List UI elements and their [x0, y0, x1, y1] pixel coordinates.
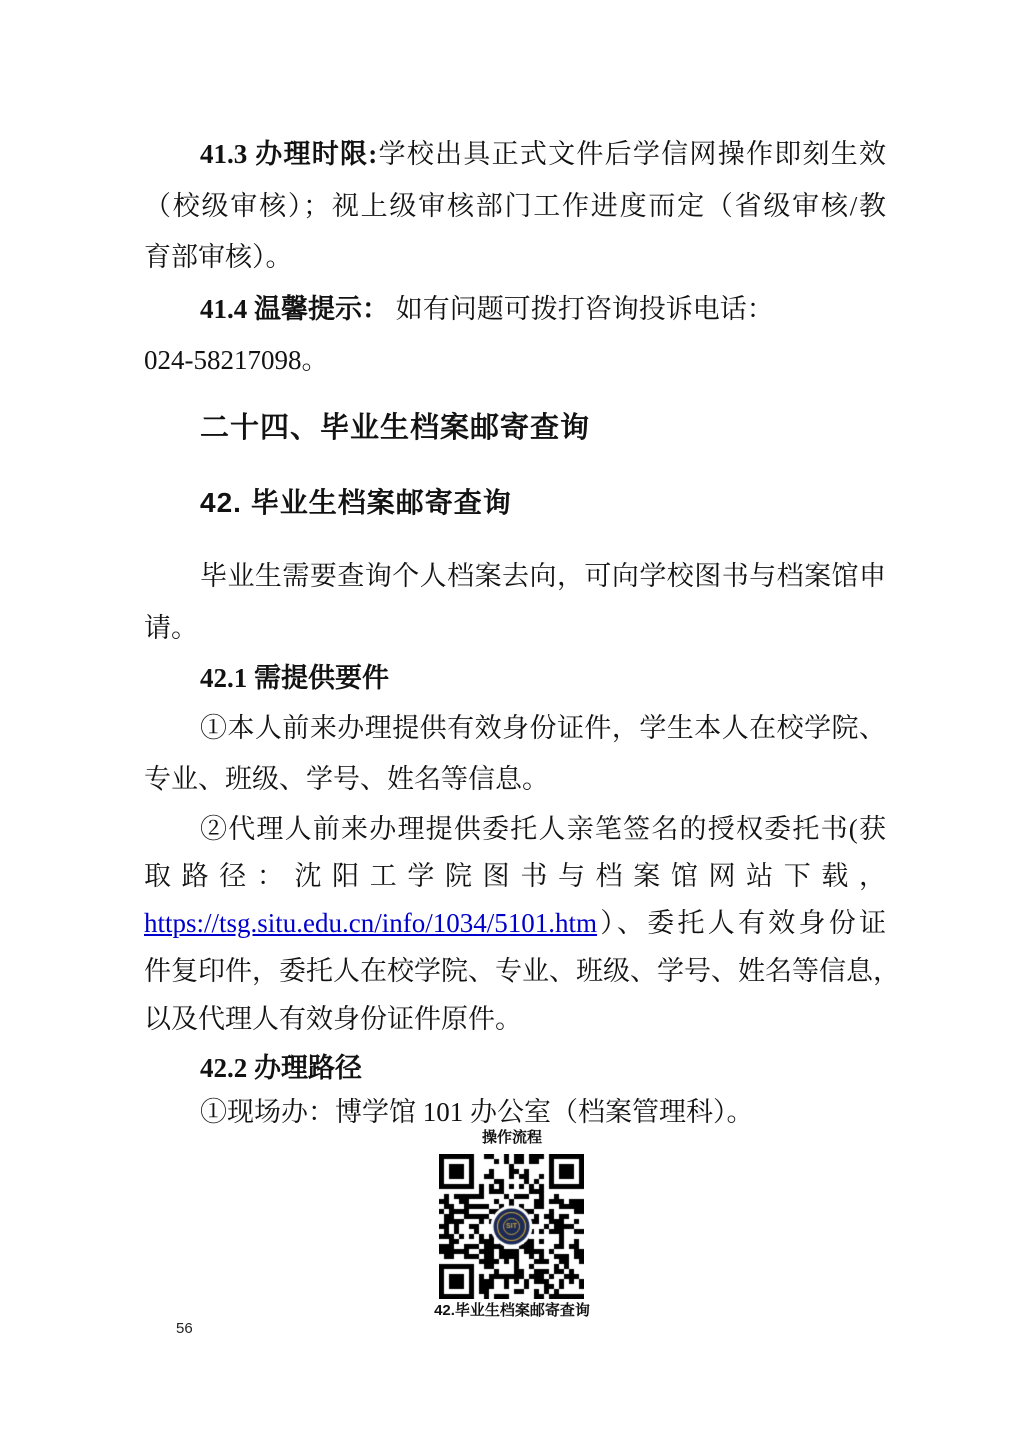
text-line: 专业、班级、学号、姓名等信息。: [144, 759, 886, 799]
text-segment: 学校出具正式文件后学信网操作即刻生效: [377, 139, 886, 169]
text-segment: 以及代理人有效身份证件原件。: [144, 1004, 522, 1034]
text-line: （校级审核）；视上级审核部门工作进度而定（省级审核/教: [144, 186, 886, 226]
page-number: 56: [176, 1320, 193, 1337]
text-line: 以及代理人有效身份证件原件。: [144, 999, 886, 1039]
document-page: 41.3 办理时限:学校出具正式文件后学信网操作即刻生效（校级审核）；视上级审核…: [0, 0, 1024, 1448]
text-line: ①本人前来办理提供有效身份证件，学生本人在校学院、: [144, 708, 886, 748]
text-line: 41.4 温馨提示： 如有问题可拨打咨询投诉电话：: [144, 289, 886, 329]
text-line: 二十四、毕业生档案邮寄查询: [144, 408, 886, 448]
text-segment: 育部审核）。: [144, 242, 293, 272]
text-segment: ）、委托人有效身份证: [597, 908, 886, 938]
text-segment: 如有问题可拨打咨询投诉电话：: [389, 294, 774, 324]
qr-code: [439, 1154, 584, 1299]
text-line: https://tsg.situ.edu.cn/info/1034/5101.h…: [144, 903, 886, 943]
text-line: ②代理人前来办理提供委托人亲笔签名的授权委托书(获: [144, 809, 886, 849]
text-line: 024-58217098。: [144, 340, 886, 380]
text-line: 件复印件，委托人在校学院、专业、班级、学号、姓名等信息，: [144, 951, 886, 991]
text-line: ①现场办：博学馆 101 办公室（档案管理科）。: [144, 1092, 886, 1132]
text-line: 育部审核）。: [144, 237, 886, 277]
text-segment: （校级审核）；视上级审核部门工作进度而定（省级审核/教: [144, 191, 886, 221]
section-lead: 42.1 需提供要件: [200, 663, 389, 693]
text-segment: ①现场办：博学馆 101 办公室（档案管理科）。: [200, 1097, 754, 1127]
text-line: 取路径：沈阳工学院图书与档案馆网站下载，: [144, 856, 886, 896]
text-segment: 件复印件，委托人在校学院、专业、班级、学号、姓名等信息，: [144, 956, 900, 986]
text-segment: 专业、班级、学号、姓名等信息。: [144, 764, 549, 794]
text-segment: 取路径：沈阳工学院图书与档案馆网站下载，: [144, 861, 886, 891]
text-line: 42.2 办理路径: [144, 1048, 886, 1088]
text-segment: 毕业生需要查询个人档案去向，可向学校图书与档案馆申: [200, 561, 886, 591]
text-line: 请。: [144, 608, 886, 648]
section-lead: 42.2 办理路径: [200, 1053, 362, 1083]
qr-caption-top: 操作流程: [0, 1128, 1024, 1148]
text-line: 42. 毕业生档案邮寄查询: [144, 483, 886, 523]
text-line: 42.1 需提供要件: [144, 658, 886, 698]
text-line: 毕业生需要查询个人档案去向，可向学校图书与档案馆申: [144, 556, 886, 596]
section-lead: 41.3 办理时限:: [200, 139, 377, 169]
text-segment: ①本人前来办理提供有效身份证件，学生本人在校学院、: [200, 713, 886, 743]
section-lead: 41.4 温馨提示：: [200, 294, 389, 324]
text-segment: ②代理人前来办理提供委托人亲笔签名的授权委托书(获: [200, 814, 886, 844]
text-line: 41.3 办理时限:学校出具正式文件后学信网操作即刻生效: [144, 134, 886, 174]
text-segment: 请。: [144, 613, 198, 643]
qr-caption-bottom: 42.毕业生档案邮寄查询: [0, 1300, 1024, 1322]
archive-url-link[interactable]: https://tsg.situ.edu.cn/info/1034/5101.h…: [144, 908, 597, 938]
text-segment: 二十四、毕业生档案邮寄查询: [200, 412, 590, 444]
text-segment: 024-58217098。: [144, 345, 329, 375]
text-segment: 42. 毕业生档案邮寄查询: [200, 487, 512, 518]
